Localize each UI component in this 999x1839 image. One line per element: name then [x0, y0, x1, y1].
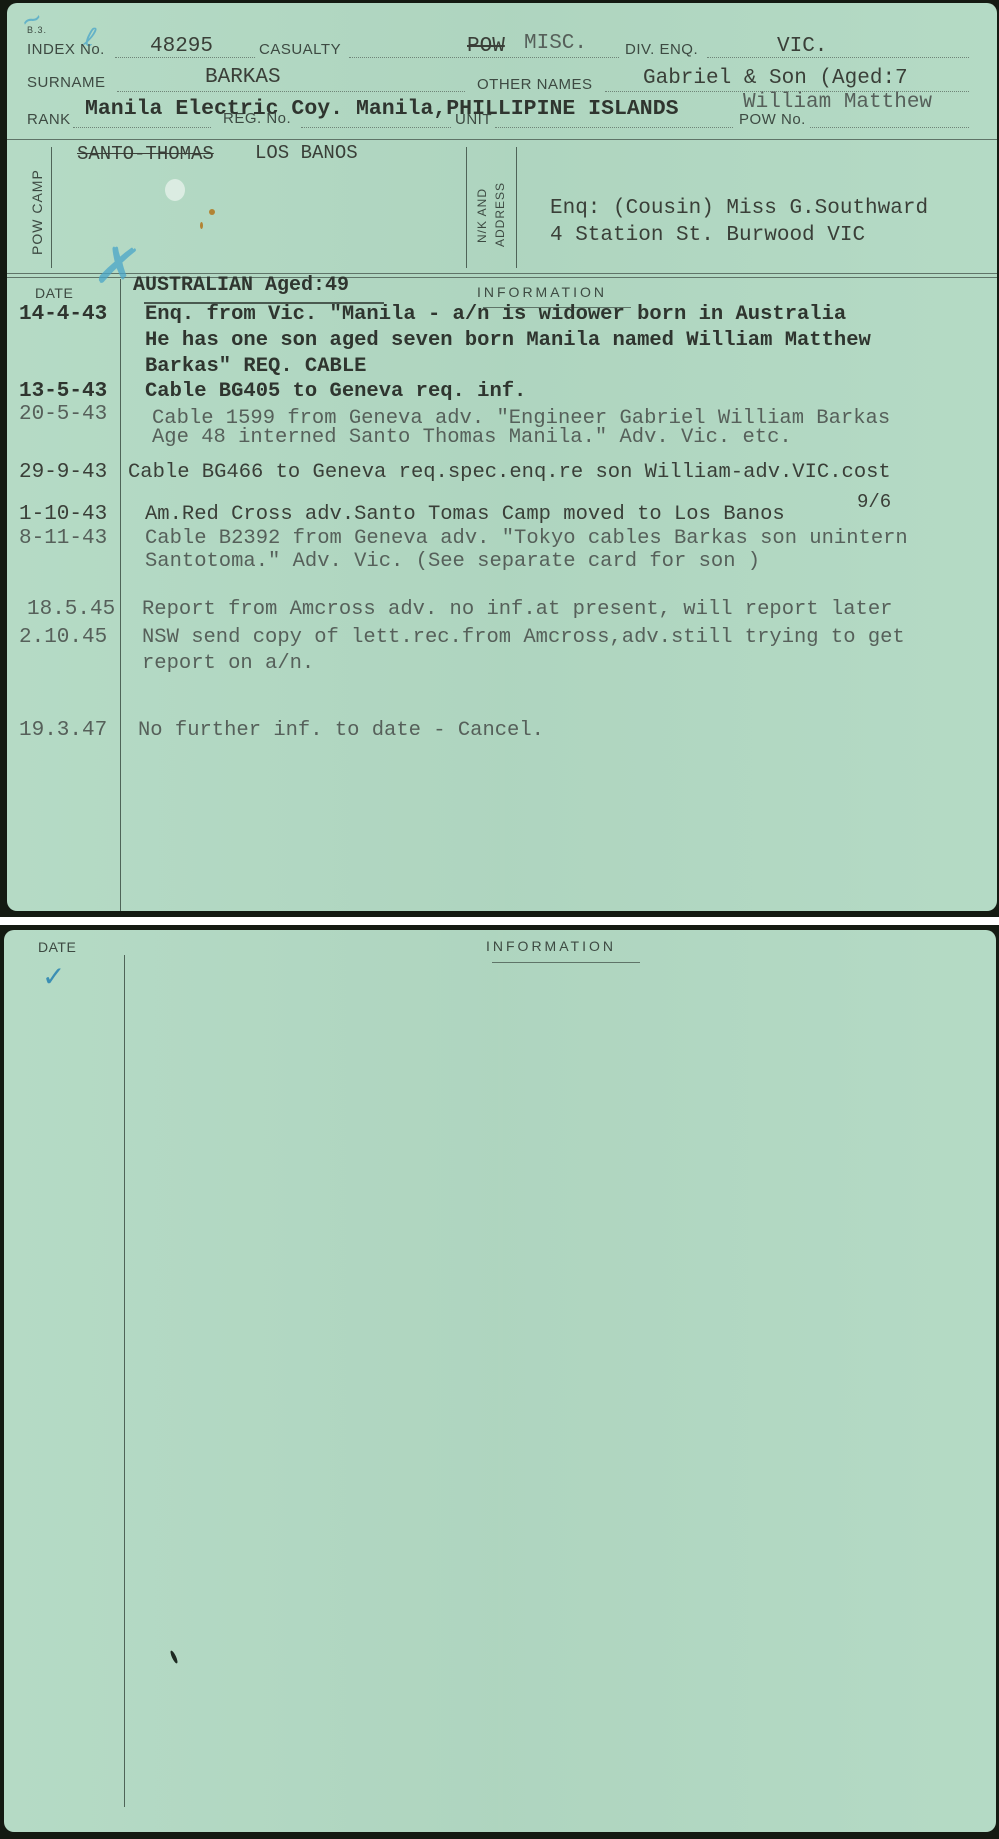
entry-text: Barkas" REQ. CABLE — [145, 355, 366, 378]
entry-text: Santotoma." Adv. Vic. (See separate card… — [145, 550, 760, 573]
surname-value: BARKAS — [205, 66, 281, 89]
entry-text: No further inf. to date - Cancel. — [138, 719, 544, 742]
rank-value: Manila Electric Coy. Manila,PHILLIPINE I… — [85, 97, 679, 121]
header-divider — [7, 139, 997, 140]
div-enq-dots — [707, 57, 969, 58]
entry-text: Am.Red Cross adv.Santo Tomas Camp moved … — [145, 503, 785, 526]
form-code: B.3. — [27, 25, 47, 35]
entry-text: NSW send copy of lett.rec.from Amcross,a… — [142, 626, 905, 649]
reg-no-dots — [301, 127, 451, 128]
ink-speck — [209, 209, 215, 215]
div-enq-value: VIC. — [777, 35, 827, 58]
index-label: INDEX No. — [27, 41, 105, 58]
entry-text: report on a/n. — [142, 652, 314, 675]
pow-camp-divider — [51, 147, 52, 268]
casualty-label: CASUALTY — [259, 41, 341, 58]
pow-no-label: POW No. — [739, 111, 806, 128]
entry-date: 13-5-43 — [19, 380, 107, 403]
entry-text: Cable B2392 from Geneva adv. "Tokyo cabl… — [145, 527, 908, 550]
div-enq-label: DIV. ENQ. — [625, 41, 698, 58]
entry-date: 8-11-43 — [19, 527, 107, 550]
back-date-column-divider — [124, 955, 125, 1807]
date-column-header: DATE — [35, 285, 73, 301]
nok-line1: Enq: (Cousin) Miss G.Southward — [550, 197, 928, 220]
entry-text: Age 48 interned Santo Thomas Manila." Ad… — [152, 426, 792, 449]
ink-speck — [200, 222, 203, 229]
blue-check-mark-icon: ✓ — [42, 960, 65, 993]
pow-camp-struck-value: SANTO-THOMAS — [77, 143, 214, 165]
back-information-header-underline — [492, 962, 640, 963]
other-names-value: Gabriel & Son (Aged:7 — [643, 67, 908, 90]
entry-text: Cable BG466 to Geneva req.spec.enq.re so… — [128, 461, 891, 484]
information-column-header: INFORMATION — [477, 284, 607, 300]
nok-left-divider — [466, 147, 467, 268]
nok-right-divider — [516, 147, 517, 268]
index-value: 48295 — [150, 35, 213, 58]
surname-label: SURNAME — [27, 74, 106, 91]
back-date-column-header: DATE — [38, 939, 76, 955]
entry-date: 2.10.45 — [19, 626, 107, 649]
paper-blemish — [165, 179, 185, 201]
pow-no-dots — [810, 127, 969, 128]
casualty-value: MISC. — [524, 32, 587, 55]
entry-date: 20-5-43 — [19, 403, 107, 426]
ink-speck — [169, 1650, 179, 1664]
entry-text: Cable BG405 to Geneva req. inf. — [145, 380, 526, 403]
entry-text: Report from Amcross adv. no inf.at prese… — [142, 598, 892, 621]
entry-text: Enq. from Vic. "Manila - a/n is widower … — [145, 303, 846, 326]
entry-date: 29-9-43 — [19, 461, 107, 484]
entry-date: 18.5.45 — [27, 598, 115, 621]
entry-date: 14-4-43 — [19, 303, 107, 326]
nok-line2: 4 Station St. Burwood VIC — [550, 224, 865, 247]
pow-camp-value: LOS BANOS — [255, 142, 358, 164]
back-information-column-header: INFORMATION — [486, 938, 616, 954]
casualty-struck-value: POW — [467, 35, 505, 58]
back-card: DATE ✓ INFORMATION — [4, 930, 996, 1832]
status-note: AUSTRALIAN Aged:49 — [133, 274, 349, 297]
rank-dots — [73, 127, 211, 128]
nok-label-line2: ADDRESS — [493, 182, 507, 247]
entry-date: 19.3.47 — [19, 719, 107, 742]
pow-camp-label: POW CAMP — [29, 169, 45, 255]
rank-label: RANK — [27, 111, 71, 128]
front-card: ~ ℓ B.3. INDEX No. 48295 CASUALTY POW MI… — [7, 3, 997, 911]
date-column-divider — [120, 279, 121, 911]
unit-dots — [495, 127, 733, 128]
surname-dots — [117, 91, 465, 92]
entry-text: He has one son aged seven born Manila na… — [145, 329, 871, 352]
nok-label-line1: N/K AND — [475, 188, 489, 243]
entry-date: 1-10-43 — [19, 503, 107, 526]
other-names-label: OTHER NAMES — [477, 76, 593, 93]
entry-superscript: 9/6 — [857, 491, 891, 513]
